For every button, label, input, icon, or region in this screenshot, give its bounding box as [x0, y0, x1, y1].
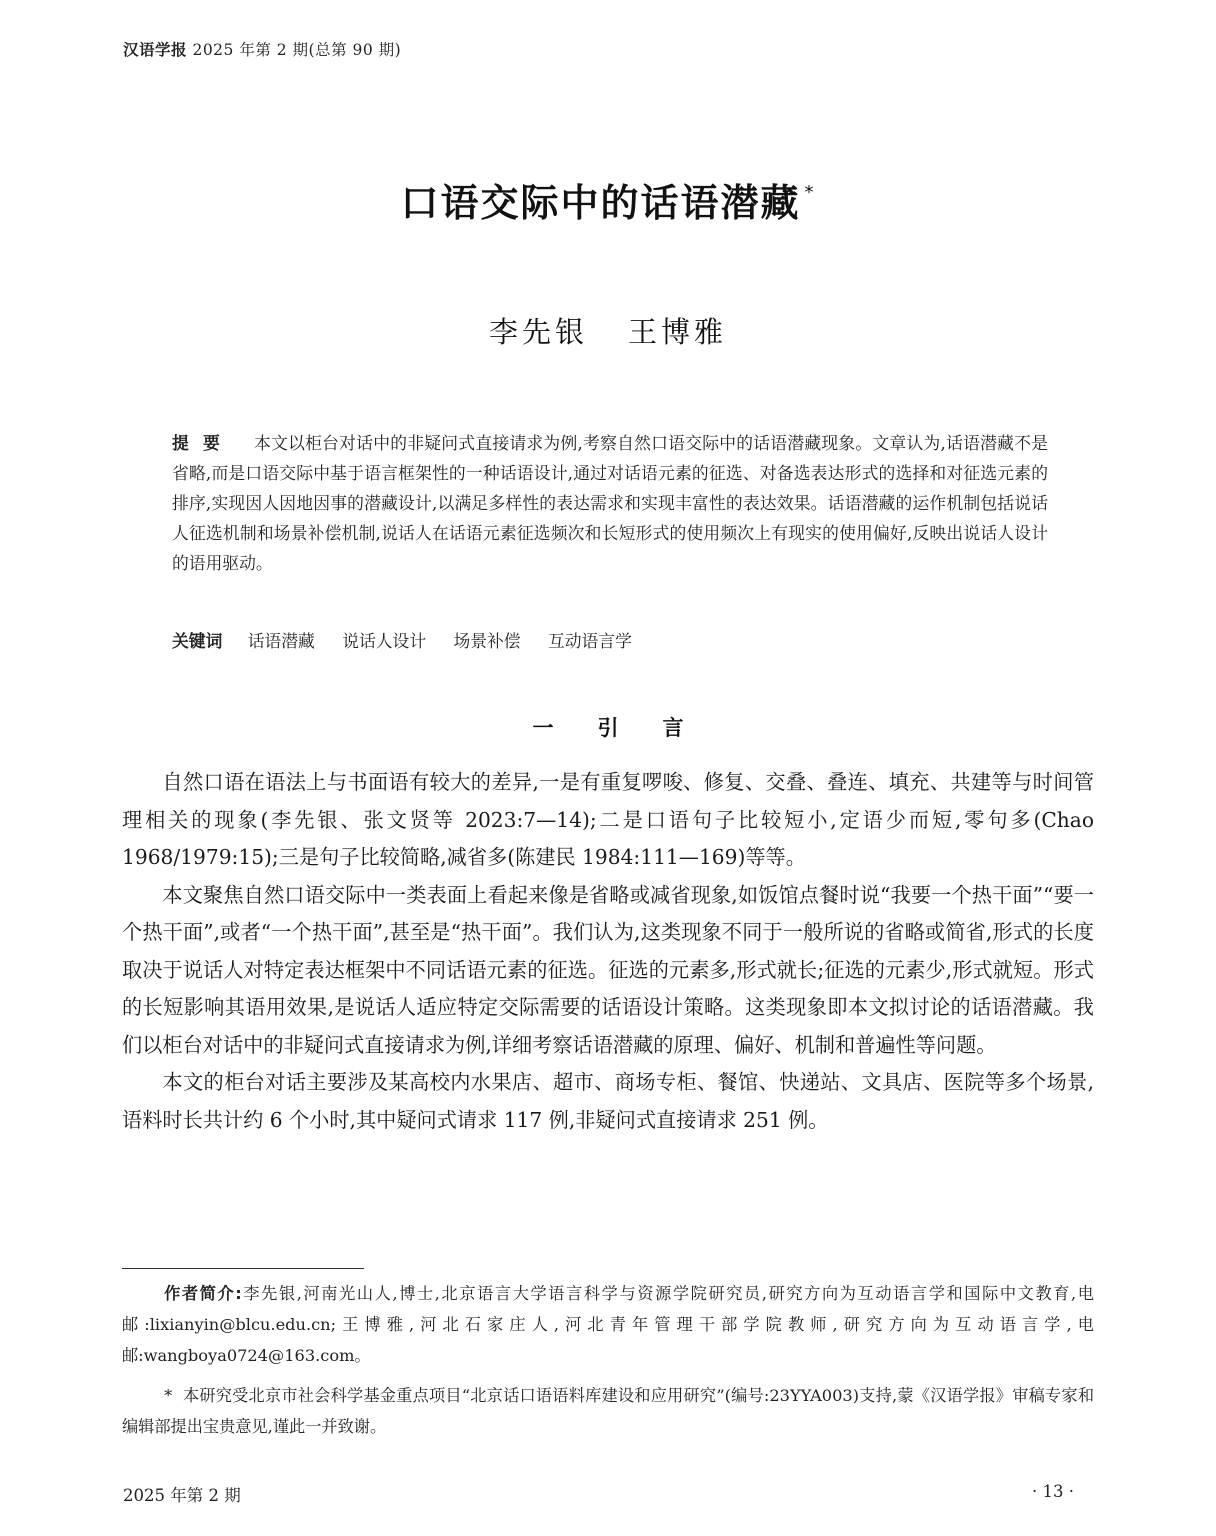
- author-name: 李先银: [489, 315, 588, 349]
- body-paragraph: 自然口语在语法上与书面语有较大的差异,一是有重复啰唆、修复、交叠、叠连、填充、共…: [122, 764, 1094, 877]
- body-paragraph: 本文聚焦自然口语交际中一类表面上看起来像是省略或减省现象,如饭馆点餐时说“我要一…: [122, 877, 1094, 1065]
- keywords-label: 关键词: [172, 631, 222, 651]
- issue-info: 2025 年第 2 期(总第 90 期): [192, 41, 401, 59]
- article-title-text: 口语交际中的话语潜藏: [400, 181, 800, 225]
- section-title-char: 言: [663, 716, 684, 740]
- funding-text: 本研究受北京市社会科学基金重点项目“北京话口语语料库建设和应用研究”(编号:23…: [122, 1386, 1094, 1436]
- author-name: 王博雅: [628, 315, 727, 349]
- title-footnote-mark[interactable]: *: [805, 182, 816, 203]
- running-head: 汉语学报 2025 年第 2 期(总第 90 期): [123, 38, 401, 60]
- footnote-divider: [122, 1268, 364, 1269]
- keyword: 场景补偿: [453, 631, 520, 651]
- abstract: 提要本文以柜台对话中的非疑问式直接请求为例,考察自然口语交际中的话语潜藏现象。文…: [172, 428, 1048, 578]
- section-number: 一: [533, 716, 554, 740]
- body-text: 自然口语在语法上与书面语有较大的差异,一是有重复啰唆、修复、交叠、叠连、填充、共…: [122, 764, 1094, 1139]
- abstract-text: 本文以柜台对话中的非疑问式直接请求为例,考察自然口语交际中的话语潜藏现象。文章认…: [172, 433, 1048, 573]
- author-bio-text: 李先银,河南光山人,博士,北京语言大学语言科学与资源学院研究员,研究方向为互动语…: [122, 1284, 1094, 1365]
- funding-mark: *: [164, 1386, 172, 1405]
- article-title: 口语交际中的话语潜藏*: [0, 172, 1216, 227]
- keyword: 互动语言学: [548, 631, 632, 651]
- author-list: 李先银王博雅: [0, 310, 1216, 351]
- author-bio-label: 作者简介:: [164, 1284, 242, 1303]
- footnotes: 作者简介:李先银,河南光山人,博士,北京语言大学语言科学与资源学院研究员,研究方…: [122, 1278, 1094, 1442]
- body-paragraph: 本文的柜台对话主要涉及某高校内水果店、超市、商场专柜、餐馆、快递站、文具店、医院…: [122, 1064, 1094, 1139]
- keyword: 说话人设计: [342, 631, 426, 651]
- abstract-label: 提要: [172, 433, 234, 453]
- keyword: 话语潜藏: [248, 631, 315, 651]
- section-heading: 一引言: [0, 712, 1216, 742]
- footer-issue: 2025 年第 2 期: [123, 1482, 241, 1506]
- section-title-char: 引: [598, 716, 619, 740]
- journal-name: 汉语学报: [123, 41, 187, 59]
- keywords: 关键词 话语潜藏 说话人设计 场景补偿 互动语言学: [172, 628, 654, 652]
- funding-footnote: * 本研究受北京市社会科学基金重点项目“北京话口语语料库建设和应用研究”(编号:…: [122, 1380, 1094, 1442]
- author-bio-footnote: 作者简介:李先银,河南光山人,博士,北京语言大学语言科学与资源学院研究员,研究方…: [122, 1278, 1094, 1371]
- page-number: · 13 ·: [1032, 1482, 1074, 1501]
